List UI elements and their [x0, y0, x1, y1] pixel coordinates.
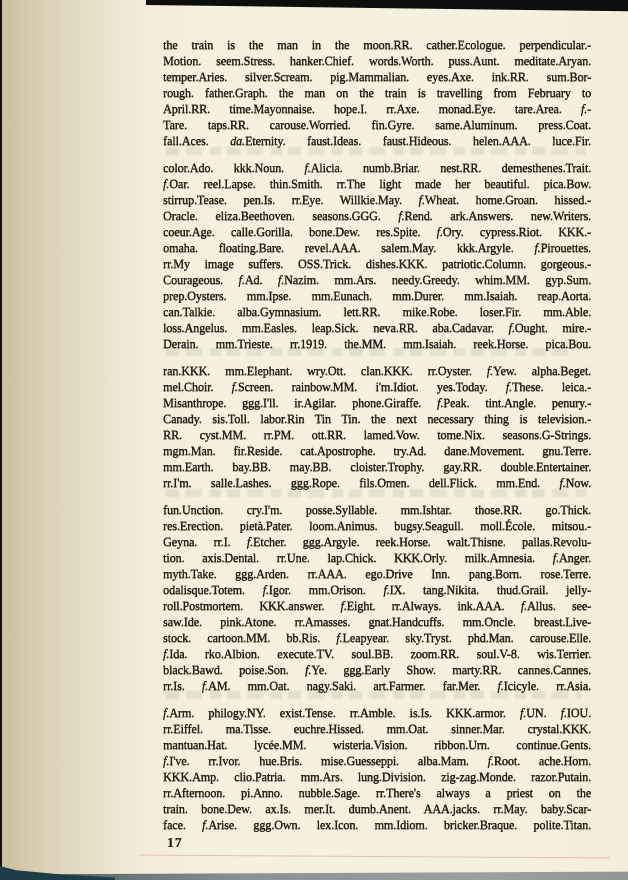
text-line: f.I've. rr.Ivor. hue.Bris. mise.Guessepp… [163, 753, 591, 769]
text-line: rr.Eiffel. ma.Tisse. euchre.Hissed. mm.O… [163, 721, 591, 737]
text-line: Geyna. rr.I. f.Etcher. ggg.Argyle. reek.… [163, 534, 591, 550]
text-line: tion. axis.Dental. rr.Une. lap.Chick. KK… [163, 550, 591, 566]
text-line: train. bone.Dew. ax.Is. mer.It. dumb.Ane… [163, 801, 591, 817]
text-line: can.Talkie. alba.Gymnasium. lett.RR. mik… [163, 304, 591, 320]
book-page: the train is the man in the moon.RR. cat… [0, 0, 628, 880]
scanner-edge-left [0, 0, 2, 880]
text-line: roll.Postmortem. KKK.answer. f.Eight. rr… [163, 598, 591, 614]
text-line: omaha. floating.Bare. revel.AAA. salem.M… [163, 240, 591, 256]
page-number: 17 [167, 835, 183, 851]
text-line: face. f.Arise. ggg.Own. lex.Icon. mm.Idi… [163, 817, 591, 833]
text-line: mm.Earth. bay.BB. may.BB. cloister.Troph… [163, 459, 591, 475]
text-line: black.Bawd. poise.Son. f.Ye. ggg.Early S… [163, 662, 591, 678]
gutter-shadow [0, 0, 140, 880]
text-line: coeur.Age. calle.Gorilla. bone.Dew. res.… [163, 224, 591, 240]
paper-scratch [140, 855, 610, 859]
text-line: mel.Choir. f.Screen. rainbow.MM. i'm.Idi… [163, 379, 591, 395]
text-line: rr.Afternoon. pi.Anno. nubble.Sage. rr.T… [163, 785, 591, 801]
text-line: Misanthrope. ggg.I'll. ir.Agilar. phone.… [163, 395, 591, 411]
text-line: RR. cyst.MM. rr.PM. ott.RR. lamed.Vow. t… [163, 427, 591, 443]
text-line: rr.Is. f.AM. mm.Oat. nagy.Saki. art.Farm… [163, 678, 591, 694]
text-line: stock. cartoon.MM. bb.Ris. f.Leapyear. s… [163, 630, 591, 646]
text-line: April.RR. time.Mayonnaise. hope.I. rr.Ax… [163, 101, 591, 117]
text-line: f.Oar. reel.Lapse. thin.Smith. rr.The li… [163, 176, 591, 192]
text-line: temper.Aries. silver.Scream. pig.Mammali… [163, 69, 591, 85]
paragraph: f.Arm. philogy.NY. exist.Tense. rr.Amble… [163, 705, 591, 833]
paragraph: ran.KKK. mm.Elephant. wry.Ott. clan.KKK.… [163, 363, 591, 491]
text-line: KKK.Amp. clio.Patria. mm.Ars. lung.Divis… [163, 769, 591, 785]
text-line: fall.Aces. da.Eternity. faust.Ideas. fau… [163, 133, 591, 149]
text-line: the train is the man in the moon.RR. cat… [163, 37, 591, 53]
text-line: Derain. mm.Trieste. rr.1919. the.MM. mm.… [163, 336, 591, 352]
text-line: rr.My image suffers. OSS.Trick. dishes.K… [163, 256, 591, 272]
text-block: the train is the man in the moon.RR. cat… [163, 37, 591, 833]
text-line: ran.KKK. mm.Elephant. wry.Ott. clan.KKK.… [163, 363, 591, 379]
text-line: saw.Ide. pink.Atone. rr.Amasses. gnat.Ha… [163, 614, 591, 630]
text-line: loss.Angelus. mm.Easles. leap.Sick. neva… [163, 320, 591, 336]
text-line: color.Ado. kkk.Noun. f.Alicia. numb.Bria… [163, 160, 591, 176]
text-line: rr.I'm. salle.Lashes. ggg.Rope. fils.Ome… [163, 475, 591, 491]
text-line: fun.Unction. cry.I'm. posse.Syllable. mm… [163, 502, 591, 518]
text-line: mgm.Man. fir.Reside. cat.Apostrophe. try… [163, 443, 591, 459]
text-line: f.Arm. philogy.NY. exist.Tense. rr.Amble… [163, 705, 591, 721]
text-line: odalisque.Totem. f.Igor. mm.Orison. f.IX… [163, 582, 591, 598]
text-line: rough. father.Graph. the man on the trai… [163, 85, 591, 101]
text-line: Tare. taps.RR. carouse.Worried. fin.Gyre… [163, 117, 591, 133]
text-line: Oracle. eliza.Beethoven. seasons.GGG. f.… [163, 208, 591, 224]
text-line: Motion. seem.Stress. hanker.Chief. words… [163, 53, 591, 69]
text-line: Courageous. f.Ad. f.Nazim. mm.Ars. needy… [163, 272, 591, 288]
text-line: prep.Oysters. mm.Ipse. mm.Eunach. mm.Dur… [163, 288, 591, 304]
text-line: f.Ida. rko.Albion. execute.TV. soul.BB. … [163, 646, 591, 662]
text-line: res.Erection. pietà.Pater. loom.Animus. … [163, 518, 591, 534]
scanner-edge-top [146, 0, 628, 12]
paragraph: color.Ado. kkk.Noun. f.Alicia. numb.Bria… [163, 160, 591, 352]
paragraph: the train is the man in the moon.RR. cat… [163, 37, 591, 149]
text-line: myth.Take. ggg.Arden. rr.AAA. ego.Drive … [163, 566, 591, 582]
text-line: mantuan.Hat. lycée.MM. wisteria.Vision. … [163, 737, 591, 753]
paragraph: fun.Unction. cry.I'm. posse.Syllable. mm… [163, 502, 591, 694]
text-line: stirrup.Tease. pen.Is. rr.Eye. Willkie.M… [163, 192, 591, 208]
text-line: Canady. sis.Toll. labor.Rin Tin Tin. the… [163, 411, 591, 427]
